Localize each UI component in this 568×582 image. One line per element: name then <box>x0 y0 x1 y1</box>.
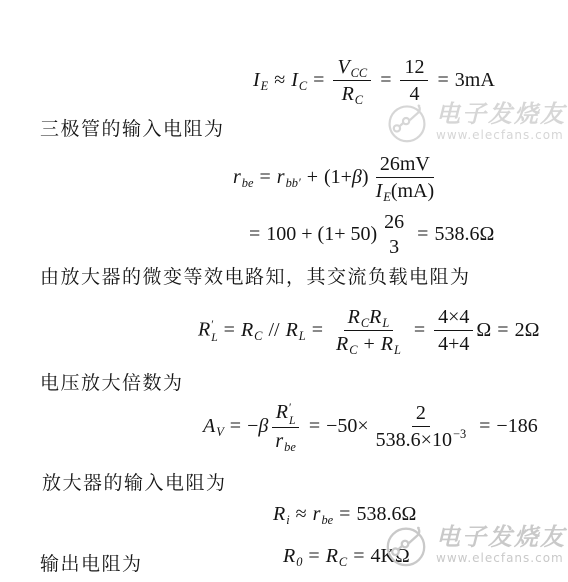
math-roman: 100 + (1+ 50) <box>266 223 377 246</box>
math-variable-base: R <box>342 83 354 105</box>
math-variable-base: r <box>313 503 321 525</box>
math-variable: RC <box>241 319 262 342</box>
math-variable-base: R <box>336 333 348 355</box>
math-roman: 3mA <box>455 69 495 92</box>
math-variable: RL <box>286 319 306 342</box>
fraction-numerator: 26 <box>380 210 408 234</box>
watermark-brand: 电子发烧友 <box>436 525 566 550</box>
watermark-top: 电子发烧友 www.elecfans.com <box>385 100 566 144</box>
math-subscript: C <box>349 343 357 357</box>
para-transistor-input-resistance: 三极管的输入电阻为 <box>40 114 225 141</box>
fraction-denominator: 4+4 <box>434 331 473 356</box>
math-subscript: bb′ <box>286 176 301 190</box>
math-roman: 538.6Ω <box>434 223 494 246</box>
math-operator: + <box>301 166 324 189</box>
math-operator: = <box>411 223 434 246</box>
fraction-numerator: 2 <box>412 401 430 427</box>
math-operator: = <box>408 319 431 342</box>
math-operator: = <box>307 69 330 92</box>
math-variable-base: r <box>275 430 283 452</box>
math-subscript: C <box>254 329 262 343</box>
math-variable: rbb′ <box>277 166 301 189</box>
math-operator: = <box>347 545 370 568</box>
math-variable-base: R <box>283 545 295 567</box>
math-roman: Ω <box>476 319 491 342</box>
math-operator: = <box>218 319 241 342</box>
math-variable-base: R <box>273 503 285 525</box>
math-variable: rbe <box>275 429 296 453</box>
math-variable: RC <box>342 82 363 106</box>
math-variable: R′L <box>276 400 296 426</box>
math-supsub: ′L <box>289 402 295 428</box>
math-variable: RC <box>326 545 347 568</box>
math-variable: AV <box>203 415 224 438</box>
math-subscript: be <box>242 176 254 190</box>
math-variable: R′L <box>198 318 218 344</box>
formula-voltage-gain: AV=−βR′Lrbe=−50×2538.6×10−3=−186 <box>203 400 538 453</box>
document-page: IE≈IC=VCCRC=124=3mA 三极管的输入电阻为 rbe=rbb′+(… <box>0 0 568 582</box>
fraction-numerator: RCRL <box>344 305 394 331</box>
math-variable-base: R <box>286 319 298 341</box>
elecfans-logo-icon <box>383 522 429 568</box>
math-operator: + <box>357 332 380 356</box>
math-subscript: be <box>284 440 296 454</box>
math-subscript: E <box>383 190 391 204</box>
math-variable-base: A <box>203 415 215 437</box>
math-stack: 263 <box>380 210 408 259</box>
math-variable-base: R <box>369 306 381 328</box>
math-operator: = <box>224 415 247 438</box>
math-variable: R0 <box>283 545 302 568</box>
math-operator: = <box>374 69 397 92</box>
math-operator: = <box>303 415 326 438</box>
math-variable: RC <box>348 305 369 329</box>
math-symbol: β <box>258 415 268 438</box>
math-variable: IC <box>291 69 307 92</box>
math-operator: // <box>262 319 285 342</box>
math-subscript: L <box>394 343 401 357</box>
math-roman: −50× <box>326 415 369 438</box>
math-roman: 26 <box>384 210 404 234</box>
math-subscript: L <box>211 332 217 345</box>
para-ac-load-resistance: 由放大器的微变等效电路知，其交流负载电阻为 <box>40 262 471 289</box>
math-supsub: ′L <box>211 319 217 345</box>
math-variable-base: V <box>337 56 349 78</box>
math-roman: 538.6×10 <box>376 428 452 452</box>
math-operator: = <box>243 223 266 246</box>
math-fraction: 26mVIE(mA) <box>372 152 439 203</box>
math-variable-base: R <box>326 545 338 567</box>
math-roman: 2 <box>416 401 426 425</box>
math-variable: RL <box>381 332 401 356</box>
math-operator: = <box>473 415 496 438</box>
math-variable-base: R <box>276 401 288 423</box>
math-fraction: R′Lrbe <box>271 400 300 453</box>
math-subscript: V <box>216 425 224 439</box>
fraction-numerator: 26mV <box>376 152 434 178</box>
math-roman: 4×4 <box>438 305 469 329</box>
math-roman: (mA) <box>391 179 434 203</box>
math-variable-base: R <box>198 318 210 340</box>
math-roman: 26mV <box>380 152 430 176</box>
math-subscript: i <box>286 513 289 527</box>
math-subscript: L <box>382 316 389 330</box>
math-subscript: CC <box>351 66 368 80</box>
math-operator: ≈ <box>290 503 313 526</box>
math-fraction: RCRLRC+RL <box>332 305 405 356</box>
math-roman: ) <box>362 166 369 189</box>
math-operator: = <box>306 319 329 342</box>
math-variable-base: I <box>253 69 260 91</box>
math-roman: 3 <box>389 235 399 259</box>
math-operator: = <box>333 503 356 526</box>
math-variable-base: I <box>376 180 383 202</box>
math-subscript: be <box>321 513 333 527</box>
math-subscript: L <box>289 415 295 428</box>
watermark-brand: 电子发烧友 <box>436 102 566 127</box>
formula-rbe-definition: rbe=rbb′+(1+ β)26mVIE(mA) <box>233 152 441 203</box>
fraction-numerator: R′L <box>272 400 300 428</box>
math-variable: rbe <box>233 166 254 189</box>
math-variable: Ri <box>273 503 290 526</box>
math-roman: 2Ω <box>515 319 540 342</box>
math-symbol: β <box>352 166 362 189</box>
math-roman: 12 <box>404 55 424 79</box>
math-variable: IE <box>376 179 391 203</box>
math-fraction: 2538.6×10−3 <box>372 401 470 452</box>
math-subscript: 0 <box>296 555 302 569</box>
math-variable: VCC <box>337 55 367 79</box>
formula-rbe-result: =100 + (1+ 50)263=538.6Ω <box>243 210 494 259</box>
fraction-denominator: IE(mA) <box>372 178 439 203</box>
watermark-text: 电子发烧友 www.elecfans.com <box>436 102 566 142</box>
math-roman: 4+4 <box>438 332 469 356</box>
para-output-resistance: 输出电阻为 <box>40 549 143 576</box>
formula-ac-load-resistance: R′L=RC//RL=RCRLRC+RL=4×44+4Ω=2Ω <box>198 305 539 356</box>
math-operator: = <box>431 69 454 92</box>
fraction-numerator: 12 <box>400 55 428 81</box>
fraction-denominator: rbe <box>271 428 300 453</box>
math-fraction: 124 <box>400 55 428 106</box>
fraction-denominator: RC+RL <box>332 331 405 356</box>
formula-collector-current: IE≈IC=VCCRC=124=3mA <box>253 55 495 106</box>
math-subscript: C <box>299 79 307 93</box>
math-variable: RC <box>336 332 357 356</box>
fraction-denominator: RC <box>338 81 367 106</box>
math-variable-base: R <box>381 333 393 355</box>
math-variable: RL <box>369 305 389 329</box>
math-variable-base: r <box>277 166 285 188</box>
watermark-bottom: 电子发烧友 www.elecfans.com <box>383 522 566 568</box>
math-variable: IE <box>253 69 268 92</box>
math-superscript: −3 <box>453 427 466 442</box>
math-subscript: C <box>361 316 369 330</box>
math-roman: (1+ <box>324 166 352 189</box>
math-variable-base: r <box>233 166 241 188</box>
watermark-url: www.elecfans.com <box>436 552 564 565</box>
para-voltage-gain: 电压放大倍数为 <box>40 368 184 395</box>
math-fraction: 4×44+4 <box>434 305 473 356</box>
watermark-text: 电子发烧友 www.elecfans.com <box>436 525 566 565</box>
para-amplifier-input-resistance: 放大器的输入电阻为 <box>42 468 227 495</box>
math-variable-base: R <box>348 306 360 328</box>
watermark-url: www.elecfans.com <box>436 129 564 142</box>
math-subscript: C <box>339 555 347 569</box>
math-variable-base: I <box>291 69 298 91</box>
math-variable: rbe <box>313 503 334 526</box>
elecfans-logo-icon <box>385 100 429 144</box>
math-roman: − <box>247 415 258 438</box>
fraction-denominator: 3 <box>385 234 403 259</box>
math-operator: = <box>254 166 277 189</box>
math-fraction: VCCRC <box>333 55 371 106</box>
fraction-numerator: VCC <box>333 55 371 81</box>
fraction-denominator: 538.6×10−3 <box>372 427 470 452</box>
math-operator: = <box>302 545 325 568</box>
math-operator: ≈ <box>268 69 291 92</box>
math-subscript: E <box>261 79 269 93</box>
math-operator: = <box>491 319 514 342</box>
math-roman: −186 <box>496 415 537 438</box>
math-variable-base: R <box>241 319 253 341</box>
math-subscript: C <box>355 93 363 107</box>
fraction-numerator: 4×4 <box>434 305 473 331</box>
math-subscript: L <box>299 329 306 343</box>
